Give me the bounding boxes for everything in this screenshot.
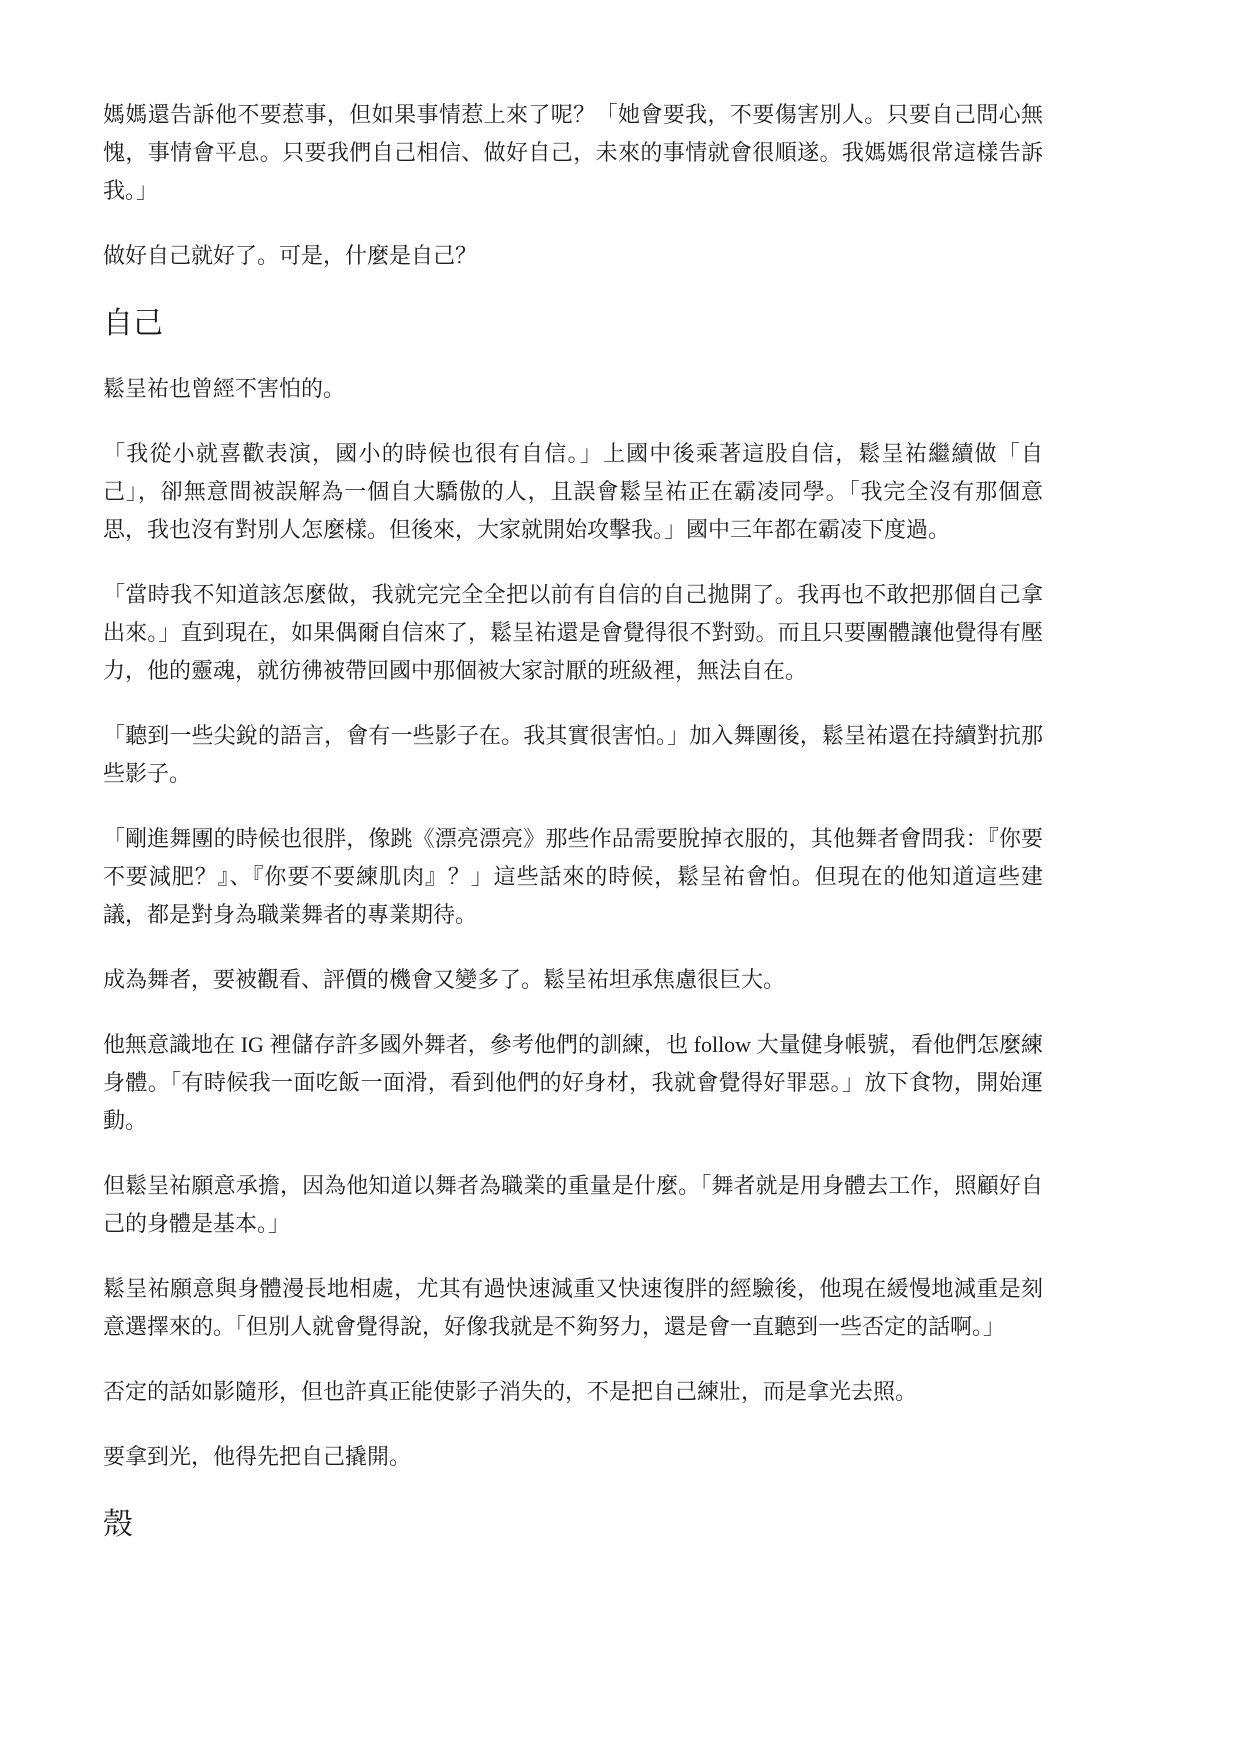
paragraph: 否定的話如影隨形，但也許真正能使影子消失的，不是把自己練壯，而是拿光去照。 [103, 1373, 1043, 1411]
paragraph: 鬆呈祐也曾經不害怕的。 [103, 370, 1043, 408]
paragraph: 要拿到光，他得先把自己撬開。 [103, 1438, 1043, 1476]
section-heading-self: 自己 [103, 302, 1043, 346]
section-heading-shell: 殼 [103, 1503, 1043, 1547]
paragraph: 「當時我不知道該怎麼做，我就完完全全把以前有自信的自己拋開了。我再也不敢把那個自… [103, 576, 1043, 690]
article-page: 媽媽還告訴他不要惹事，但如果事情惹上來了呢？「她會要我，不要傷害別人。只要自己問… [0, 0, 1241, 1754]
paragraph: 「我從小就喜歡表演，國小的時候也很有自信。」上國中後乘著這股自信，鬆呈祐繼續做「… [103, 435, 1043, 549]
paragraph: 成為舞者，要被觀看、評價的機會又變多了。鬆呈祐坦承焦慮很巨大。 [103, 961, 1043, 999]
paragraph: 「剛進舞團的時候也很胖，像跳《漂亮漂亮》那些作品需要脫掉衣服的，其他舞者會問我：… [103, 820, 1043, 934]
paragraph: 做好自己就好了。可是，什麼是自己？ [103, 237, 1043, 275]
paragraph: 媽媽還告訴他不要惹事，但如果事情惹上來了呢？「她會要我，不要傷害別人。只要自己問… [103, 96, 1043, 210]
paragraph: 他無意識地在 IG 裡儲存許多國外舞者，參考他們的訓練，也 follow 大量健… [103, 1026, 1043, 1140]
article-content: 媽媽還告訴他不要惹事，但如果事情惹上來了呢？「她會要我，不要傷害別人。只要自己問… [103, 96, 1043, 1547]
paragraph: 「聽到一些尖銳的語言，會有一些影子在。我其實很害怕。」加入舞團後，鬆呈祐還在持續… [103, 717, 1043, 793]
paragraph: 但鬆呈祐願意承擔，因為他知道以舞者為職業的重量是什麼。「舞者就是用身體去工作，照… [103, 1167, 1043, 1243]
paragraph: 鬆呈祐願意與身體漫長地相處，尤其有過快速減重又快速復胖的經驗後，他現在緩慢地減重… [103, 1270, 1043, 1346]
